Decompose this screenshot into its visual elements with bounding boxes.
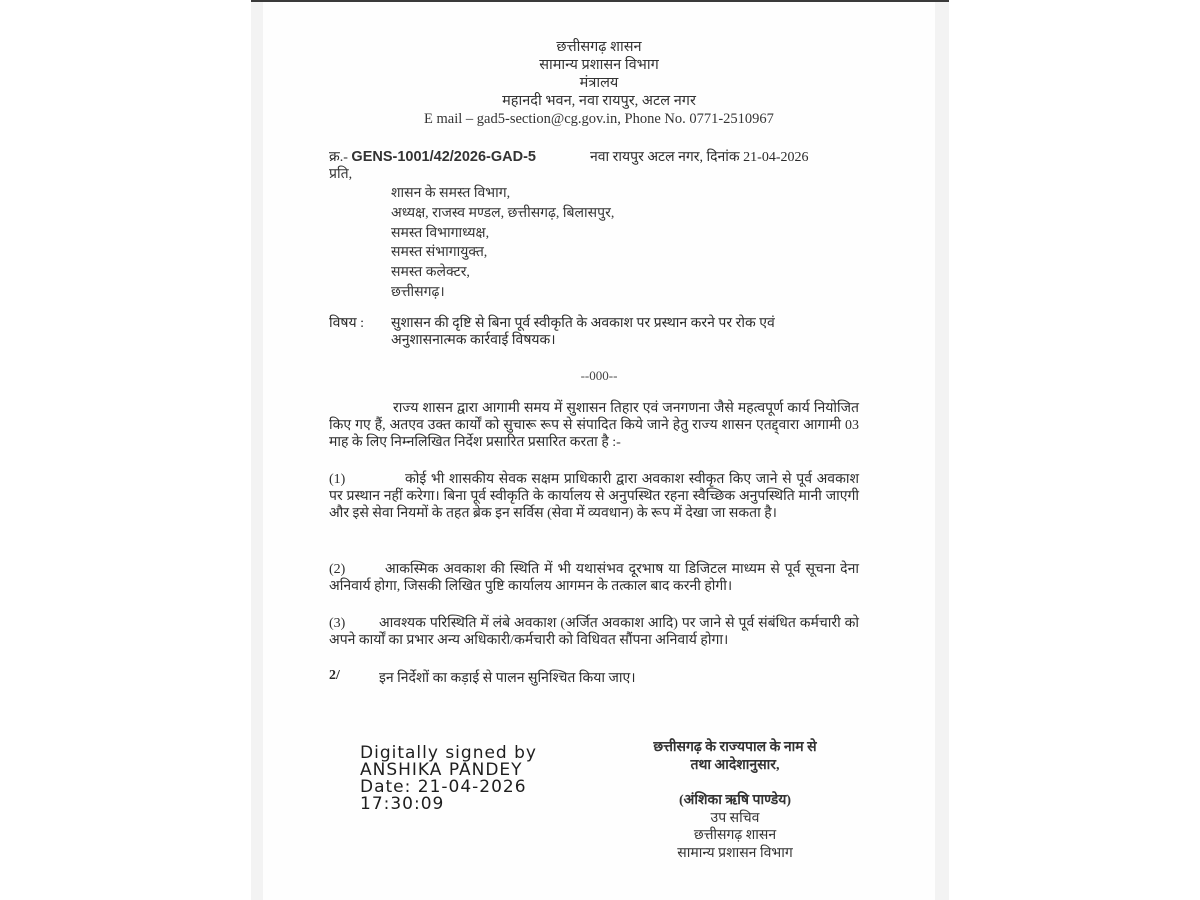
letterhead-address: महानदी भवन, नवा रायपुर, अटल नगर: [263, 92, 935, 110]
signatory-block: छत्तीसगढ़ के राज्यपाल के नाम से तथा आदेश…: [625, 739, 845, 862]
digital-signature: Digitally signed by ANSHIKA PANDEY Date:…: [360, 745, 537, 813]
reference-number: क्र.- GENS-1001/42/2026-GAD-5: [329, 147, 536, 166]
signatory-org-1: छत्तीसगढ़ शासन: [625, 827, 845, 845]
reference-prefix: क्र.-: [329, 150, 351, 165]
directive-number: (2): [329, 561, 385, 578]
subject-line-2: अनुशासनात्मक कार्रवाई विषयक।: [391, 330, 556, 349]
addressee-item: अध्यक्ष, राजस्व मण्डल, छत्तीसगढ़, बिलासप…: [391, 204, 614, 224]
addressee-item: शासन के समस्त विभाग,: [391, 184, 614, 204]
directive-number: (1): [329, 471, 405, 488]
directive-3: (3)आवश्यक परिस्थिति में लंबे अवकाश (अर्ज…: [329, 615, 859, 649]
directive-number: (3): [329, 615, 379, 632]
section-separator: --000--: [263, 368, 935, 384]
letterhead-state: छत्तीसगढ़ शासन: [263, 38, 935, 56]
addressee-list: शासन के समस्त विभाग, अध्यक्ष, राजस्व मण्…: [391, 184, 614, 303]
addressee-label: प्रति,: [329, 165, 352, 185]
closing-text: इन निर्देशों का कड़ाई से पालन सुनिश्चित …: [379, 668, 636, 687]
directive-text: आकस्मिक अवकाश की स्थिति में भी यथासंभव द…: [329, 562, 859, 594]
subject-label: विषय :: [329, 313, 364, 332]
directive-text: आवश्यक परिस्थिति में लंबे अवकाश (अर्जित …: [329, 616, 859, 648]
letterhead-department: सामान्य प्रशासन विभाग: [263, 56, 935, 74]
directive-2: (2)आकस्मिक अवकाश की स्थिति में भी यथासंभ…: [329, 561, 859, 595]
document-page: छत्तीसगढ़ शासन सामान्य प्रशासन विभाग मंत…: [263, 2, 935, 900]
digital-signature-time: 17:30:09: [360, 796, 537, 813]
signatory-authority-1: छत्तीसगढ़ के राज्यपाल के नाम से: [625, 739, 845, 757]
signatory-designation: उप सचिव: [625, 810, 845, 828]
addressee-item: समस्त कलेक्टर,: [391, 263, 614, 283]
closing-number: 2/: [329, 668, 340, 684]
signatory-authority-2: तथा आदेशानुसार,: [625, 757, 845, 775]
intro-paragraph: राज्य शासन द्वारा आगामी समय में सुशासन त…: [329, 400, 859, 451]
signatory-name: (अंशिका ऋषि पाण्डेय): [625, 792, 845, 810]
directive-1: (1)कोई भी शासकीय सेवक सक्षम प्राधिकारी द…: [329, 471, 859, 522]
reference-code: GENS-1001/42/2026-GAD-5: [351, 149, 536, 165]
addressee-item: छत्तीसगढ़।: [391, 283, 614, 303]
letterhead-contact: E mail – gad5-section@cg.gov.in, Phone N…: [263, 110, 935, 128]
letterhead-ministry: मंत्रालय: [263, 74, 935, 92]
addressee-item: समस्त विभागाध्यक्ष,: [391, 224, 614, 244]
directive-text: कोई भी शासकीय सेवक सक्षम प्राधिकारी द्वा…: [329, 472, 859, 521]
place-date: नवा रायपुर अटल नगर, दिनांक 21-04-2026: [590, 147, 808, 166]
signatory-org-2: सामान्य प्रशासन विभाग: [625, 845, 845, 863]
addressee-item: समस्त संभागायुक्त,: [391, 243, 614, 263]
